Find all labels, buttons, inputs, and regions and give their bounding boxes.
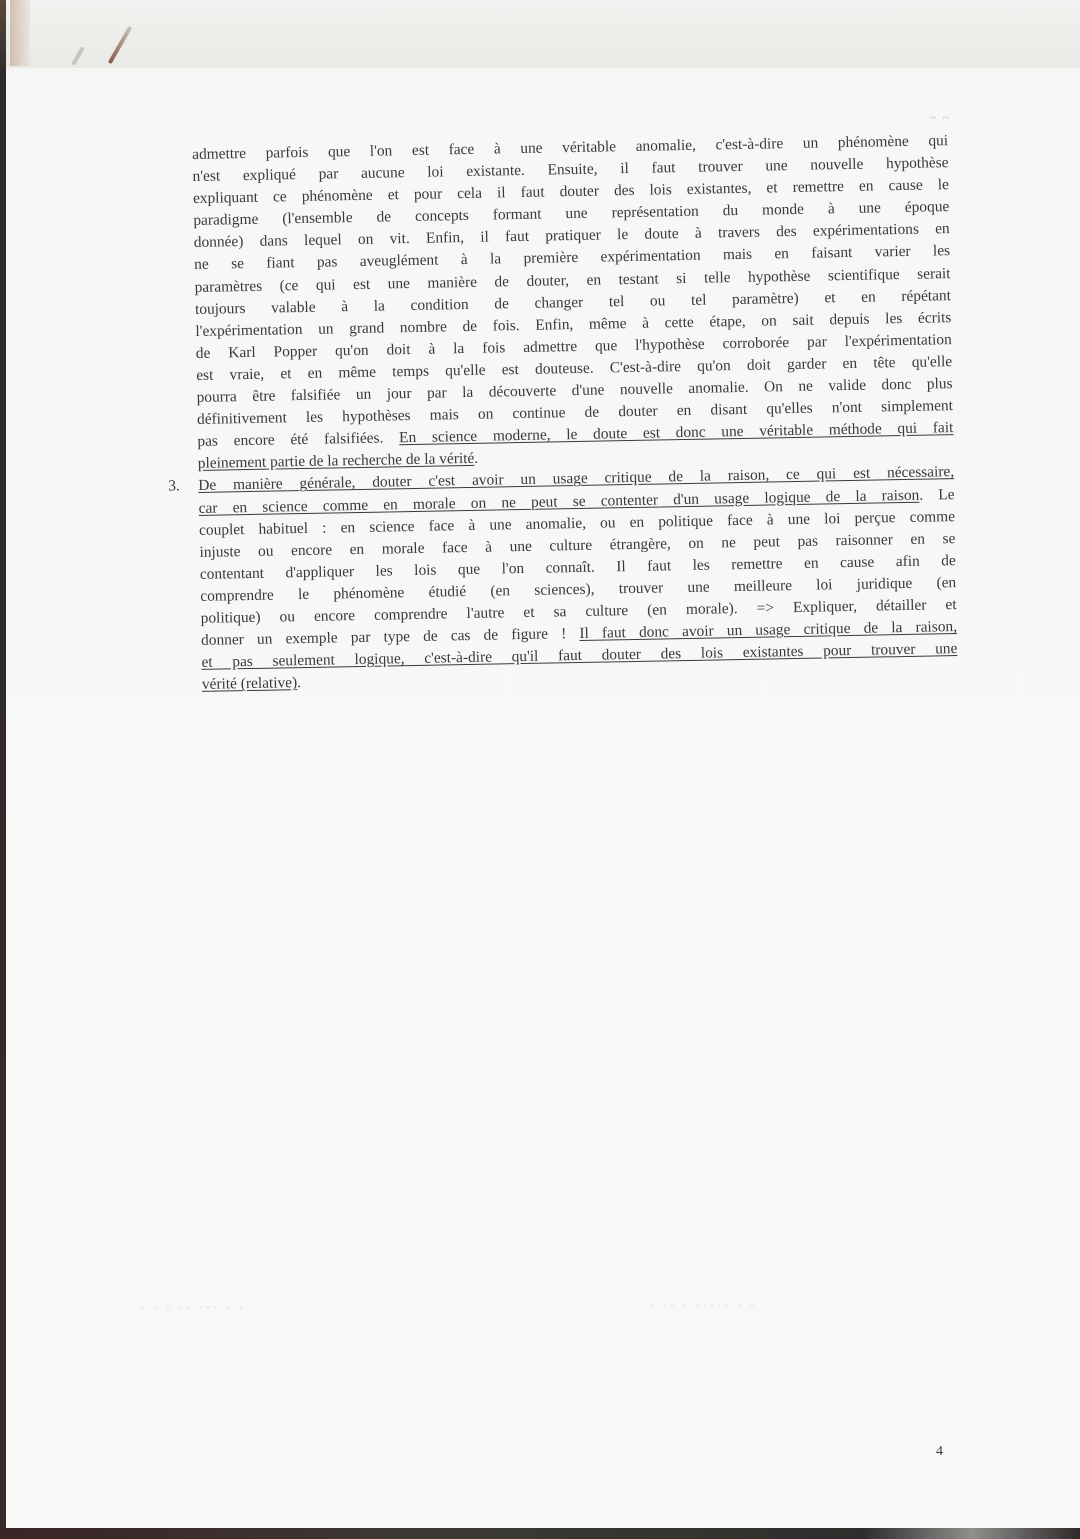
- show-through-text-left: · · · ·· ··· · ·: [140, 1300, 246, 1315]
- plain-text: .: [474, 450, 478, 467]
- page-top-shadow: [6, 0, 1080, 68]
- page-number: 4: [936, 1444, 943, 1460]
- plain-text: . Le: [919, 486, 955, 504]
- plain-text: .: [297, 674, 301, 691]
- document-body: admettre parfois que l'on est face à une…: [192, 130, 958, 696]
- corner-smudge: ~ ~: [930, 112, 951, 124]
- page-corner-fold: [10, 0, 30, 66]
- underlined-conclusion: pleinement partie de la recherche de la …: [198, 450, 475, 472]
- photo-bottom-edge: [0, 1528, 1080, 1539]
- show-through-text-right: · ·· · ····· · ·: [650, 1298, 757, 1313]
- list-item-number: 3.: [168, 476, 180, 498]
- plain-text: pas encore été falsifiées.: [197, 429, 399, 450]
- underlined-conclusion: vérité (relative): [202, 674, 298, 693]
